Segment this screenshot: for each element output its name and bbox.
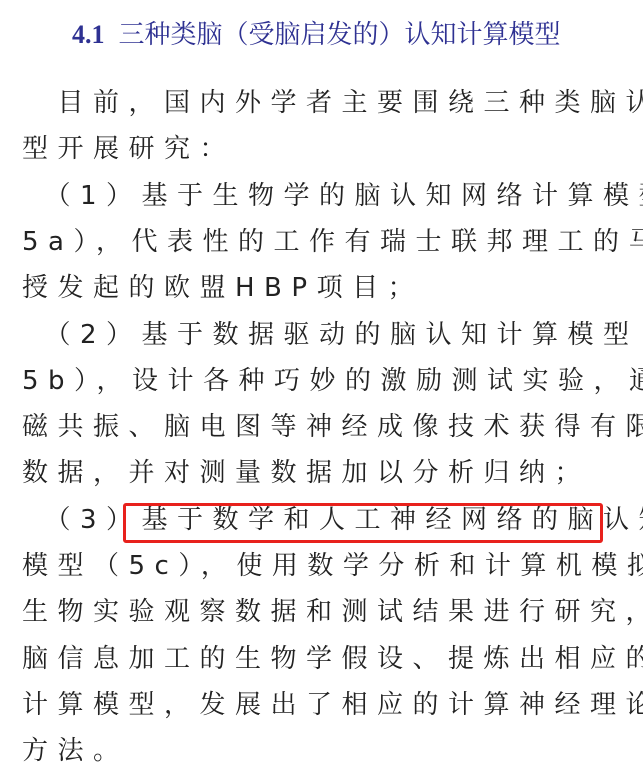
text-line: 数据，并对测量数据加以分析归纳； [22, 458, 590, 488]
text-line: 磁共振、脑电图等神经成像技术获得有限的实验 [22, 412, 643, 442]
text-line: 脑信息加工的生物学假设、提炼出相应的数学和 [22, 644, 643, 674]
text-line: 型开展研究： [22, 134, 235, 164]
text-line: 模型（5c），使用数学分析和计算机模拟的方法对 [22, 551, 643, 581]
text-line: （1）基于生物学的脑认知网络计算模型（图 [22, 181, 643, 211]
highlight-box [123, 503, 603, 543]
text-line: 生物实验观察数据和测试结果进行研究，提出大 [22, 597, 643, 627]
text-line: 5b），设计各种巧妙的激励测试实验，通过如核 [22, 366, 643, 396]
text-line: 目前，国内外学者主要围绕三种类脑认知模 [22, 88, 643, 118]
section-title: 三种类脑（受脑启发的）认知计算模型 [119, 20, 561, 50]
text-line: 5a），代表性的工作有瑞士联邦理工的马克哈姆教 [22, 227, 643, 257]
text-line: 方法。 [22, 736, 129, 766]
text-line: 授发起的欧盟HBP项目； [22, 273, 423, 303]
text-line: 计算模型，发展出了相应的计算神经理论和计算 [22, 690, 643, 720]
text-line: （2）基于数据驱动的脑认知计算模型（图 [22, 320, 643, 350]
section-number: 4.1 [72, 20, 105, 49]
section-heading: 4.1三种类脑（受脑启发的）认知计算模型 [72, 14, 561, 51]
